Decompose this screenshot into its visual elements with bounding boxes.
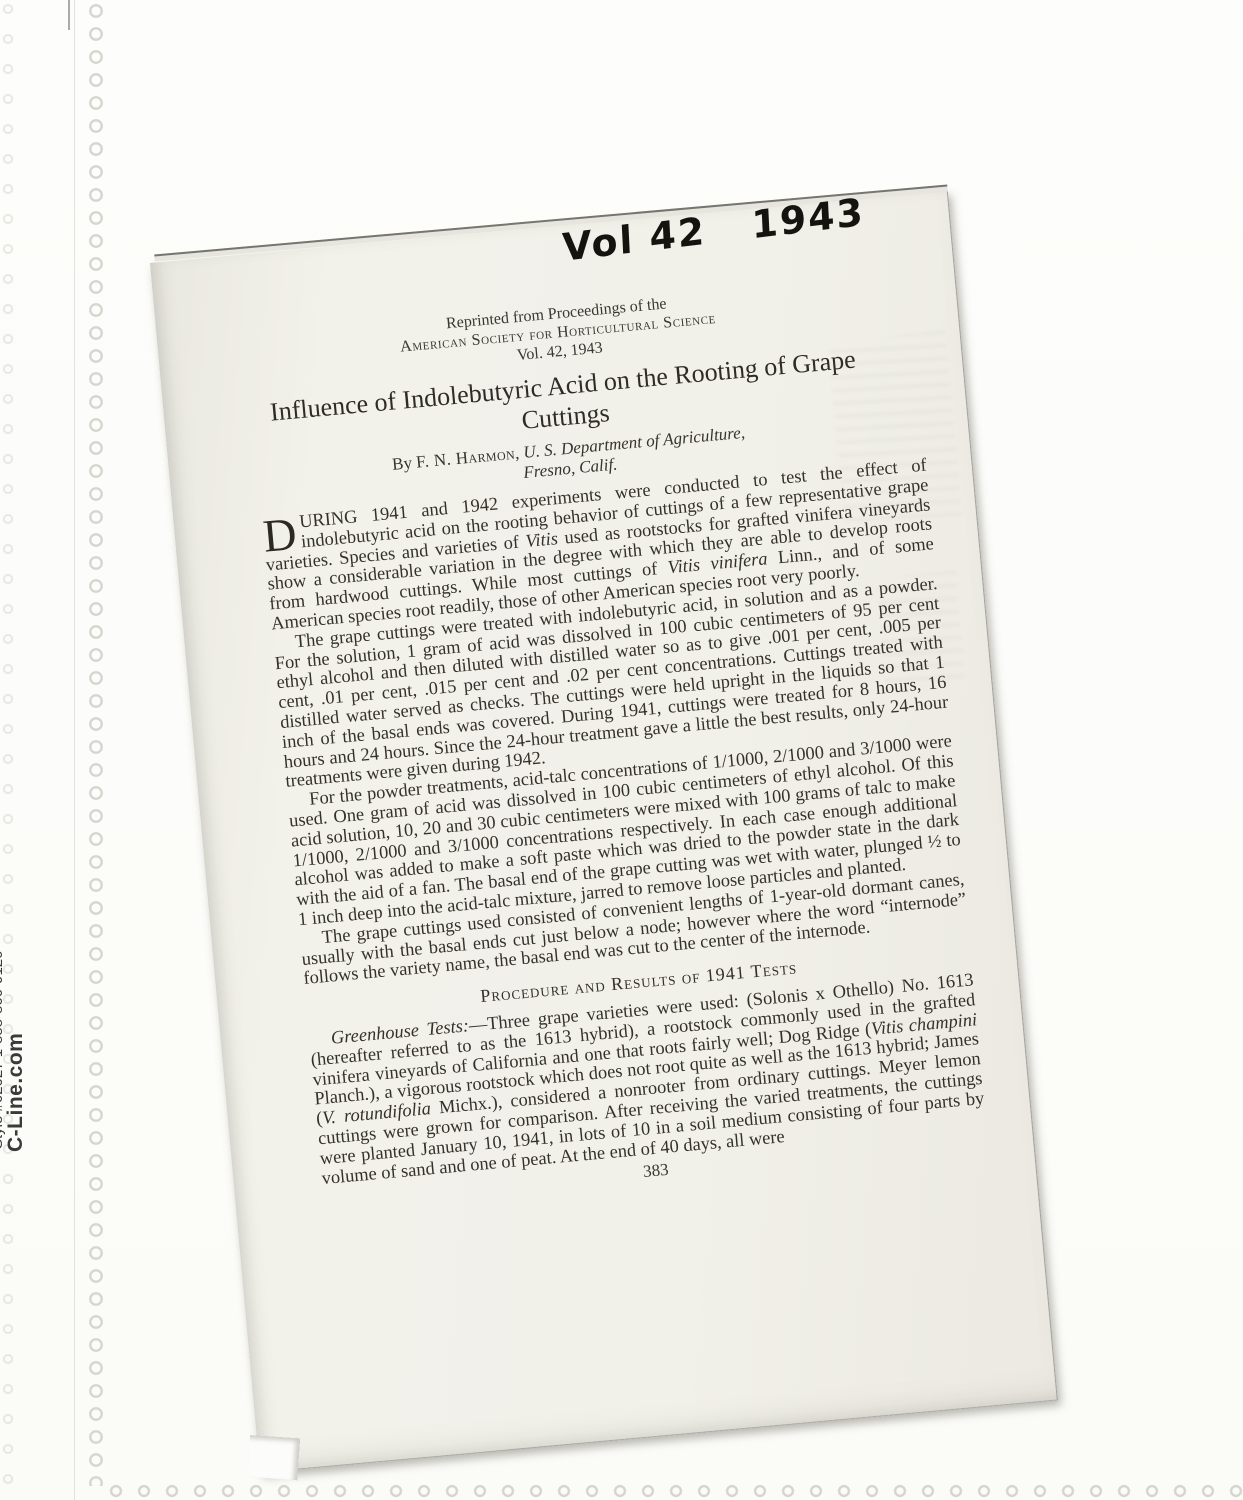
article-body: DURING 1941 and 1942 experiments were co… (261, 455, 986, 1188)
sleeve-edge-tick (68, 0, 70, 30)
handwritten-note: Vol 421943 (561, 190, 865, 270)
cline-brand-label: C-Line.com (4, 1033, 28, 1152)
scanned-document: C-Line.com Style #62027 1-888-860-9120 V… (0, 0, 1243, 1500)
paper-page: Vol 421943 Reprinted from Proceedings of… (150, 190, 1058, 1473)
sleeve-edge-line (74, 0, 75, 1500)
handwritten-year: 1943 (751, 190, 866, 248)
byline-prefix: By (391, 453, 417, 474)
page-corner-curl (247, 1435, 300, 1480)
cline-style-label: Style #62027 1-888-860-9120 (0, 951, 6, 1150)
sleeve-backing-stitch-marks (1, 0, 16, 1500)
sheet-protector-stitching-left (85, 0, 107, 1486)
sheet-protector-stitching-bottom (108, 1484, 1243, 1499)
drop-cap: D (261, 513, 302, 555)
handwritten-volume: Vol 42 (561, 209, 707, 270)
